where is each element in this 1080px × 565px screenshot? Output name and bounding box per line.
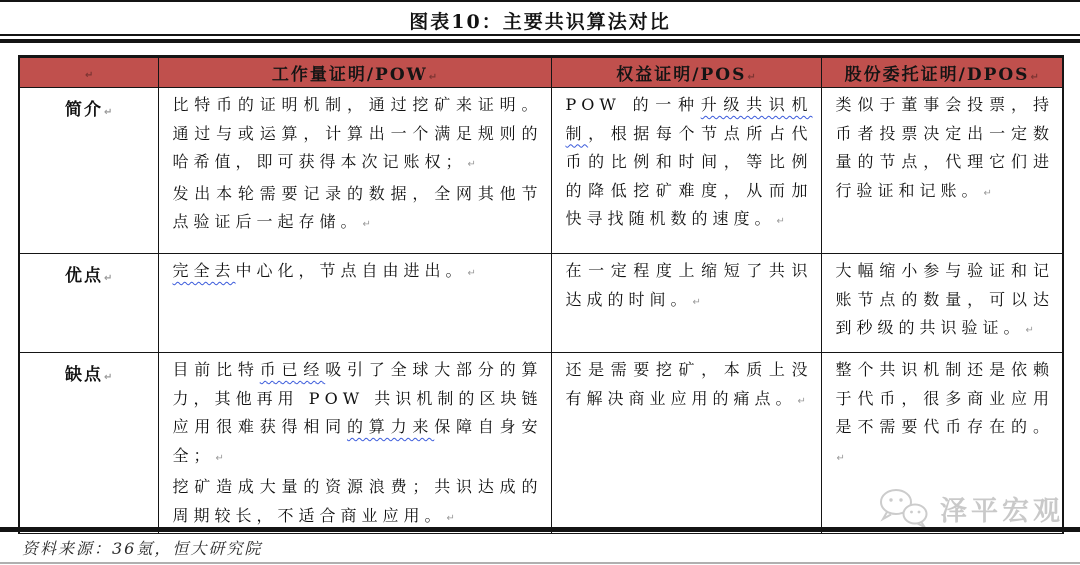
- paragraph-mark: ↵: [429, 72, 437, 83]
- cell-text: POW 的一种: [566, 95, 701, 114]
- spellcheck-squiggle-text: 的算力来: [347, 417, 434, 436]
- spellcheck-squiggle-text: 币已经: [260, 360, 325, 379]
- cell-paragraph: 发出本轮需要记录的数据，全网其他节点验证后一起存储。↵: [173, 180, 543, 240]
- header-corner-cell: ↵: [19, 57, 158, 88]
- consensus-comparison-table: ↵ 工作量证明/POW↵ 权益证明/POS↵ 股份委托证明/DPOS↵ 简介↵比…: [18, 55, 1064, 534]
- cell-text: 中心化，节点自由进出。: [236, 261, 467, 280]
- cell-text: 挖矿造成大量的资源浪费；共识达成的周期较长，不适合商业应用。: [173, 477, 543, 525]
- paragraph-mark: ↵: [1030, 72, 1038, 83]
- cell-pos: 在一定程度上缩短了共识达成的时间。↵: [551, 254, 821, 353]
- paragraph-mark: ↵: [447, 513, 455, 524]
- header-pow-label: 工作量证明/POW: [272, 65, 428, 85]
- cell-text: 目前比特: [173, 360, 260, 379]
- cell-paragraph: 类似于董事会投票，持币者投票决定出一定数量的节点，代理它们进行验证和记账。↵: [836, 91, 1055, 208]
- cell-text: 在一定程度上缩短了共识达成的时间。: [566, 261, 813, 309]
- paragraph-mark: ↵: [104, 107, 112, 118]
- cell-pow: 目前比特币已经吸引了全球大部分的算力，其他再用 POW 共识机制的区块链应用很难…: [158, 353, 551, 534]
- top-rule: [0, 0, 1080, 2]
- header-pow: 工作量证明/POW↵: [158, 57, 551, 88]
- cell-pos: POW 的一种升级共识机制，根据每个节点所占代币的比例和时间，等比例的降低挖矿难…: [551, 88, 821, 254]
- document-page: 图表10：主要共识算法对比 ↵ 工作量证明/POW↵ 权益证明/POS↵ 股份委…: [0, 0, 1080, 565]
- source-note: 资料来源：36氪，恒大研究院: [22, 536, 262, 559]
- cell-text: 发出本轮需要记录的数据，全网其他节点验证后一起存储。: [173, 184, 543, 232]
- cell-paragraph: 在一定程度上缩短了共识达成的时间。↵: [566, 257, 813, 317]
- paragraph-mark: ↵: [216, 453, 224, 464]
- cell-paragraph: 完全去中心化，节点自由进出。↵: [173, 257, 543, 289]
- cell-paragraph: 整个共识机制还是依赖于代币，很多商业应用是不需要代币存在的。↵: [836, 356, 1055, 473]
- paragraph-mark: ↵: [798, 396, 806, 407]
- cell-paragraph: 还是需要挖矿，本质上没有解决商业应用的痛点。↵: [566, 356, 813, 416]
- header-pos-label: 权益证明/POS: [616, 65, 746, 85]
- paragraph-mark: ↵: [693, 297, 701, 308]
- cell-pow: 比特币的证明机制，通过挖矿来证明。通过与或运算，计算出一个满足规则的哈希值，即可…: [158, 88, 551, 254]
- cell-text: 大幅缩小参与验证和记账节点的数量，可以达到秒级的共识验证。: [836, 261, 1055, 337]
- paragraph-mark: ↵: [363, 219, 371, 230]
- cell-paragraph: 目前比特币已经吸引了全球大部分的算力，其他再用 POW 共识机制的区块链应用很难…: [173, 356, 543, 473]
- paragraph-mark: ↵: [468, 159, 476, 170]
- paragraph-mark: ↵: [104, 273, 112, 284]
- cell-paragraph: 比特币的证明机制，通过挖矿来证明。通过与或运算，计算出一个满足规则的哈希值，即可…: [173, 91, 543, 180]
- row-label-text: 优点: [65, 266, 103, 286]
- header-dpos: 股份委托证明/DPOS↵: [821, 57, 1063, 88]
- wechat-icon: [877, 487, 931, 529]
- cell-paragraph: 挖矿造成大量的资源浪费；共识达成的周期较长，不适合商业应用。↵: [173, 473, 543, 533]
- header-pos: 权益证明/POS↵: [551, 57, 821, 88]
- title-divider-thin: [0, 34, 1080, 36]
- title-divider-thick: [0, 39, 1080, 43]
- bottom-rule: [0, 562, 1080, 564]
- header-row: ↵ 工作量证明/POW↵ 权益证明/POS↵ 股份委托证明/DPOS↵: [19, 57, 1063, 88]
- cell-dpos: 类似于董事会投票，持币者投票决定出一定数量的节点，代理它们进行验证和记账。↵: [821, 88, 1063, 254]
- table-row: 优点↵完全去中心化，节点自由进出。↵在一定程度上缩短了共识达成的时间。↵大幅缩小…: [19, 254, 1063, 353]
- paragraph-mark: ↵: [104, 372, 112, 383]
- row-label: 缺点↵: [19, 353, 158, 534]
- cell-pow: 完全去中心化，节点自由进出。↵: [158, 254, 551, 353]
- paragraph-mark: ↵: [1026, 325, 1034, 336]
- cell-paragraph: 大幅缩小参与验证和记账节点的数量，可以达到秒级的共识验证。↵: [836, 257, 1055, 346]
- paragraph-mark: ↵: [837, 453, 845, 464]
- cell-text: ，根据每个节点所占代币的比例和时间，等比例的降低挖矿难度，从而加快寻找随机数的速…: [566, 124, 813, 229]
- paragraph-mark: ↵: [984, 188, 992, 199]
- paragraph-mark: ↵: [747, 72, 755, 83]
- paragraph-mark: ↵: [85, 70, 93, 81]
- spellcheck-squiggle-text: 完全去: [173, 261, 236, 280]
- cell-text: 类似于董事会投票，持币者投票决定出一定数量的节点，代理它们进行验证和记账。: [836, 95, 1055, 200]
- watermark-text: 泽平宏观: [940, 489, 1064, 528]
- paragraph-mark: ↵: [777, 216, 785, 227]
- cell-paragraph: POW 的一种升级共识机制，根据每个节点所占代币的比例和时间，等比例的降低挖矿难…: [566, 91, 813, 237]
- paragraph-mark: ↵: [468, 268, 476, 279]
- figure-title: 图表10：主要共识算法对比: [0, 7, 1080, 34]
- row-label-text: 缺点: [65, 365, 103, 385]
- row-label: 优点↵: [19, 254, 158, 353]
- table-bottom-rule: [0, 527, 1080, 532]
- cell-pos: 还是需要挖矿，本质上没有解决商业应用的痛点。↵: [551, 353, 821, 534]
- cell-text: 还是需要挖矿，本质上没有解决商业应用的痛点。: [566, 360, 813, 408]
- watermark: 泽平宏观: [877, 487, 1064, 529]
- cell-text: 整个共识机制还是依赖于代币，很多商业应用是不需要代币存在的。: [836, 360, 1055, 436]
- row-label-text: 简介: [65, 100, 103, 120]
- cell-dpos: 大幅缩小参与验证和记账节点的数量，可以达到秒级的共识验证。↵: [821, 254, 1063, 353]
- row-label: 简介↵: [19, 88, 158, 254]
- cell-text: 比特币的证明机制，通过挖矿来证明。通过与或运算，计算出一个满足规则的哈希值，即可…: [173, 95, 543, 171]
- header-dpos-label: 股份委托证明/DPOS: [845, 65, 1030, 85]
- table-row: 简介↵比特币的证明机制，通过挖矿来证明。通过与或运算，计算出一个满足规则的哈希值…: [19, 88, 1063, 254]
